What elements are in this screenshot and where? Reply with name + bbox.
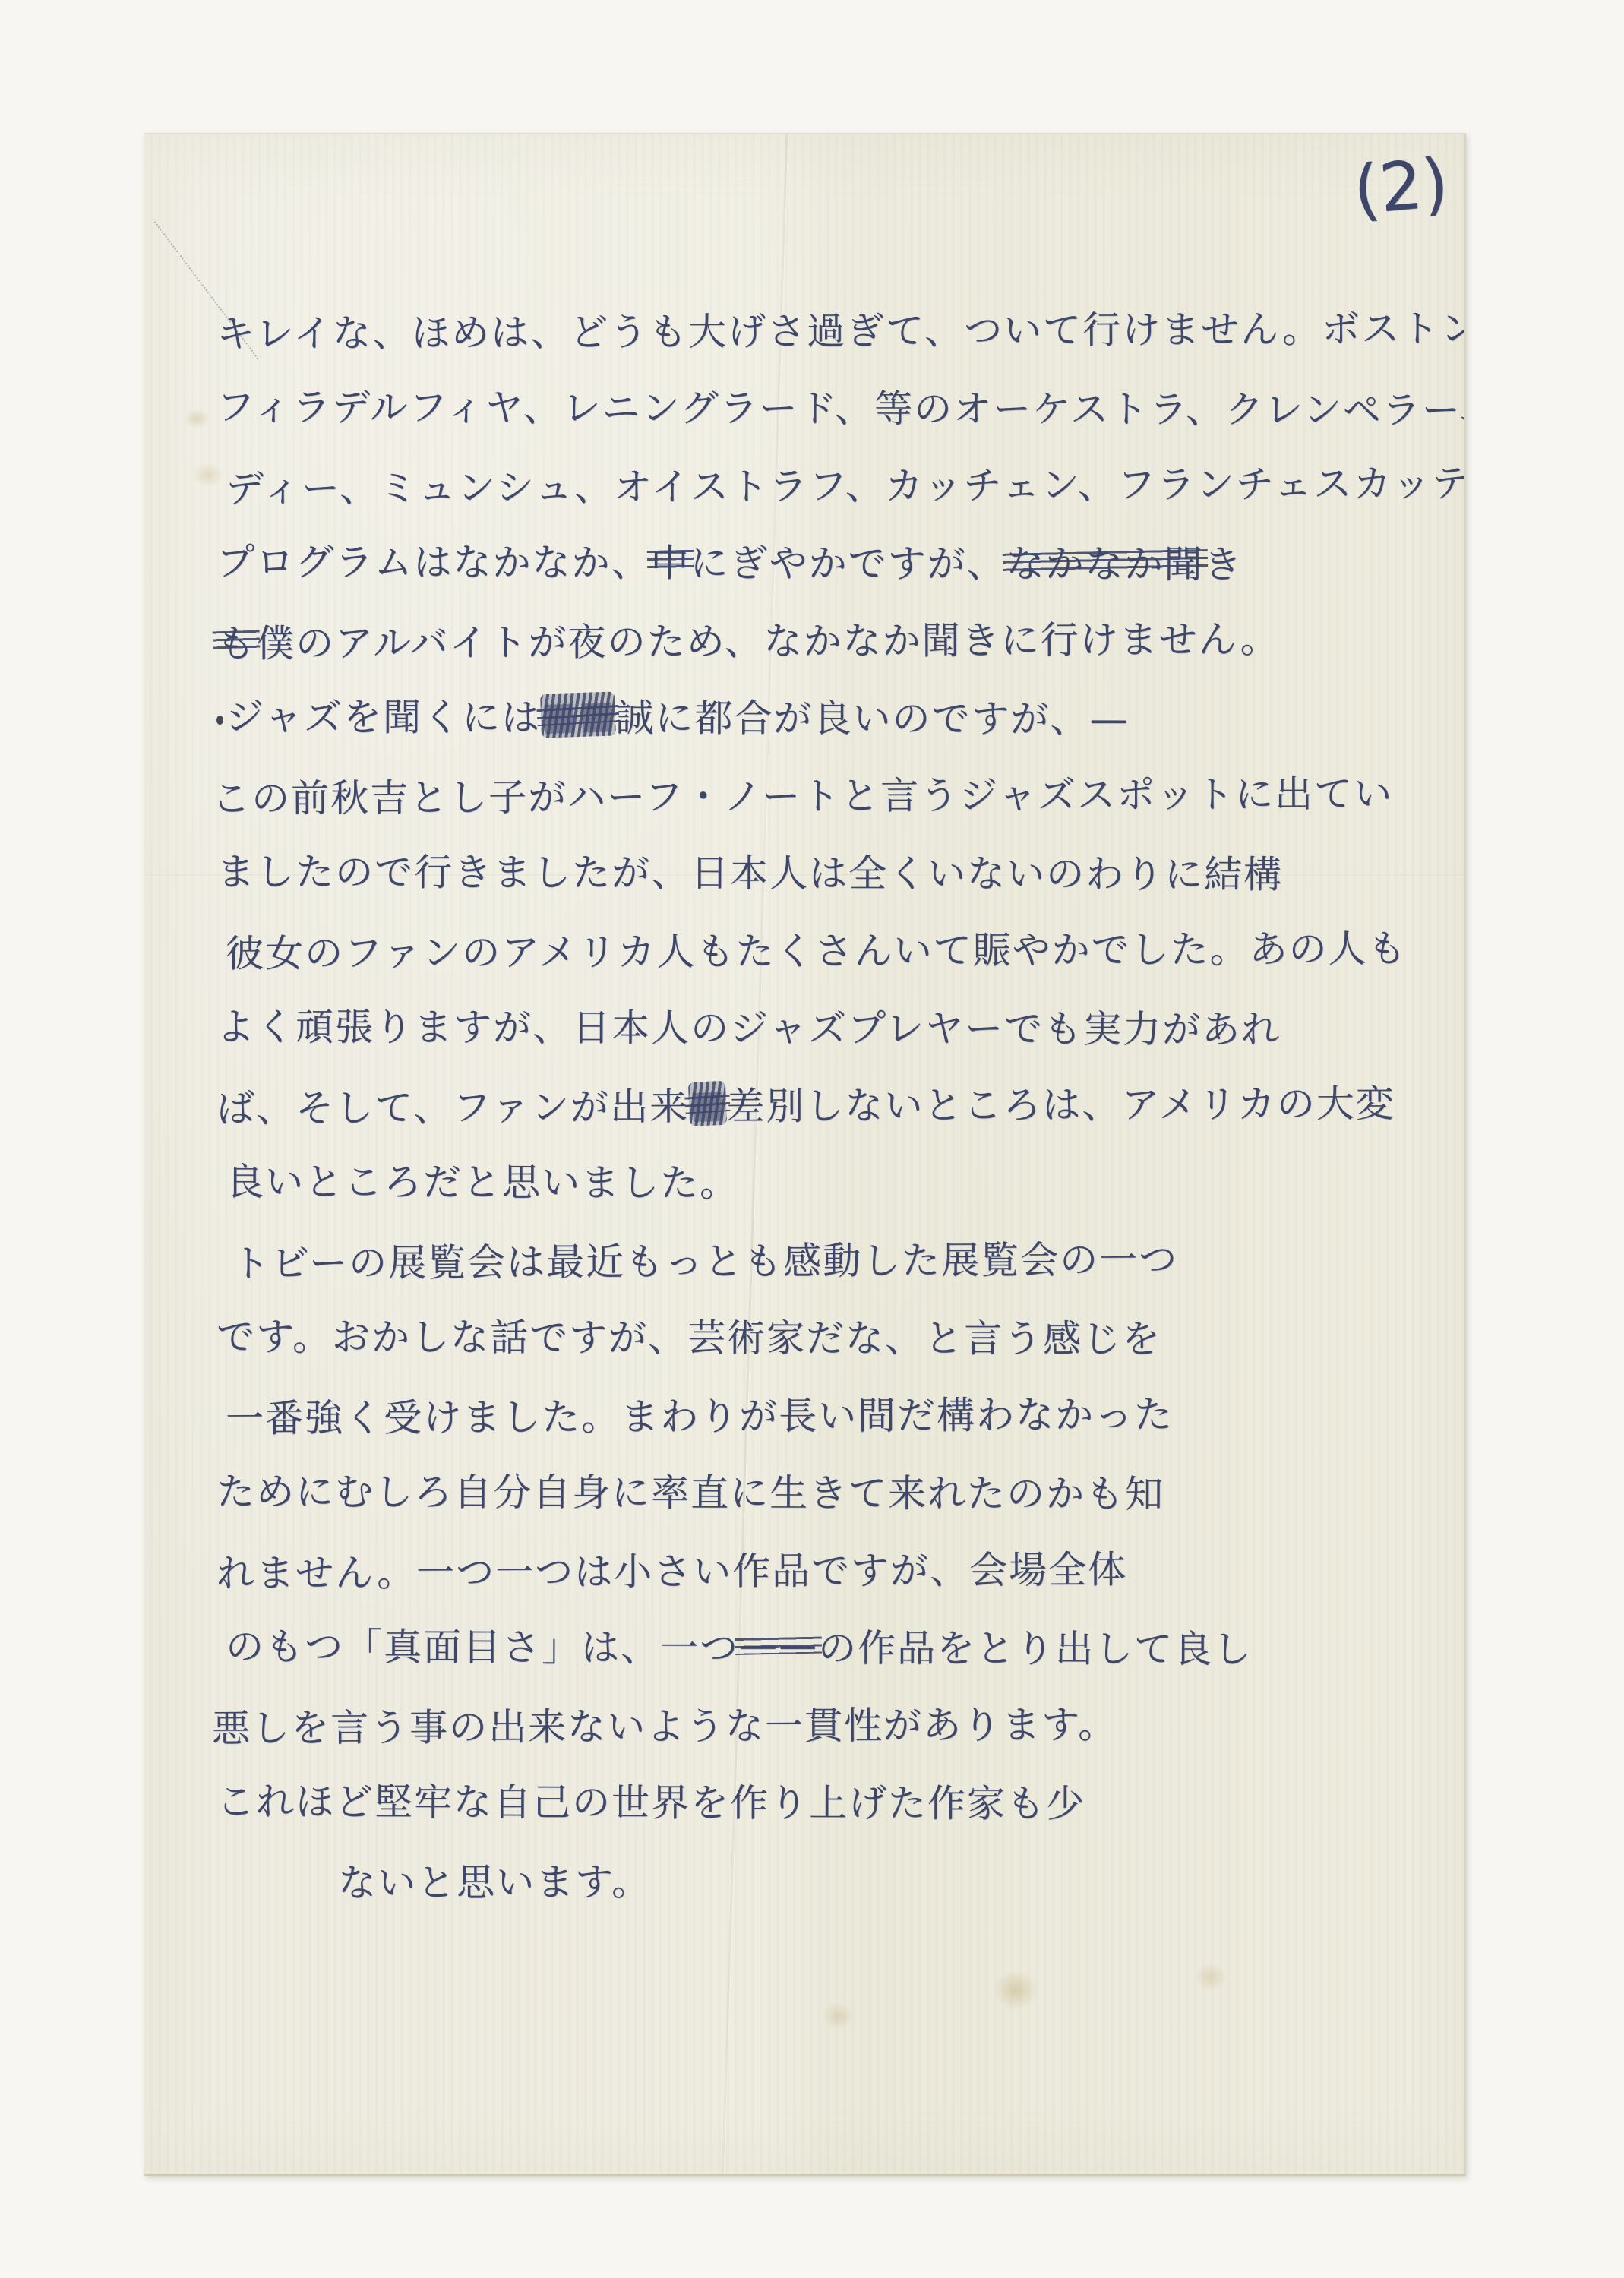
scribbled-out-text: ■ [688, 1081, 727, 1126]
handwritten-text: れません。一つ一つは小さい作品ですが、会場全体 [216, 1539, 1127, 1597]
letter-line: です。おかしな話ですが、芸術家だな、と言う感じを [216, 1295, 1466, 1376]
scribbled-out-text: ■■ [540, 691, 616, 738]
letter-line: ましたので行きましたが、日本人は全くいないのわりに結構 [216, 830, 1466, 911]
handwritten-text: のもつ「真面目さ」は、一つ [226, 1616, 739, 1673]
letter-line: トビーの展覧会は最近もっとも感動した展覧会の一つ [232, 1216, 1466, 1299]
handwritten-text: 差別しないところは、アメリカの大変 [726, 1073, 1395, 1131]
page-number: (2) [1351, 150, 1451, 225]
handwritten-text: です。おかしな話ですが、芸術家だな、と言う感じを [216, 1306, 1161, 1363]
letter-line: この前秋吉とし子がハーフ・ノートと言うジャズスポットに出てい [212, 751, 1466, 834]
handwritten-text: フィラデルフィヤ、レニングラード、等のオーケストラ、クレンペラー、オルマン [216, 377, 1466, 435]
paper-stain [994, 1970, 1038, 2010]
paper-stain [822, 2002, 854, 2030]
handwritten-text: 悪しを言う事の出来ないような一貫性があります。 [212, 1694, 1117, 1752]
letter-line: これほど堅牢な自己の世界を作り上げた作家も少 [216, 1760, 1466, 1840]
handwritten-text: にぎやかですが、 [690, 532, 1006, 588]
letter-line: ディー、ミュンシュ、オイストラフ、カッチェン、フランチェスカッティー、等と [226, 441, 1466, 524]
handwritten-text: の作品をとり出して良し [818, 1618, 1253, 1673]
handwritten-text: 僕のアルバイトが夜のため、なかなか聞きに行けません。 [256, 609, 1280, 668]
letter-line: キレイな、ほめは、どうも大げさ過ぎて、ついて行けません。ボストン [216, 286, 1466, 369]
handwritten-text: ディー、ミュンシュ、オイストラフ、カッチェン、フランチェスカッティー、等と [226, 452, 1466, 513]
scan-background: (2) キレイな、ほめは、どうも大げさ過ぎて、ついて行けません。ボストンフィラデ… [0, 0, 1624, 2278]
letter-line: ば、そして、ファンが出来■差別しないところは、アメリカの大変 [216, 1061, 1466, 1144]
letter-paper: (2) キレイな、ほめは、どうも大げさ過ぎて、ついて行けません。ボストンフィラデ… [144, 133, 1466, 2176]
struck-text: —— [739, 1623, 818, 1667]
letter-line: のもつ「真面目さ」は、一つ——の作品をとり出して良し [226, 1605, 1466, 1686]
handwritten-text: この前秋吉とし子がハーフ・ノートと言うジャズスポットに出てい [212, 763, 1393, 823]
letter-line: プログラムはなかなか、中にぎやかですが、なかなか聞き [216, 520, 1466, 601]
handwritten-text: ジャズを聞くには [226, 687, 541, 742]
letter-line: 一番強く受けました。まわりが長い間だ構わなかった [226, 1371, 1466, 1454]
letter-line: 彼女のファンのアメリカ人もたくさんいて賑やかでした。あの人も [226, 906, 1466, 989]
letter-paragraph: トビーの展覧会は最近もっとも感動した展覧会の一つです。おかしな話ですが、芸術家だ… [216, 1219, 1466, 1916]
handwritten-text: これほど堅牢な自己の世界を作り上げた作家も少 [216, 1771, 1085, 1828]
letter-line: れません。一つ一つは小さい作品ですが、会場全体 [216, 1526, 1466, 1609]
letter-body: キレイな、ほめは、どうも大げさ過ぎて、ついて行けません。ボストンフィラデルフィヤ… [216, 289, 1466, 1916]
letter-line: フィラデルフィヤ、レニングラード、等のオーケストラ、クレンペラー、オルマン [216, 365, 1466, 446]
letter-line: 悪しを言う事の出来ないような一貫性があります。 [212, 1681, 1466, 1764]
letter-line: よく頑張りますが、日本人のジャズプレヤーでも実力があれ [216, 985, 1466, 1066]
handwritten-text: キレイな、ほめは、どうも大げさ過ぎて、ついて行けません。ボストン [216, 298, 1466, 358]
letter-line: 良いところだと思いました。 [226, 1140, 1466, 1221]
handwritten-text: ましたので行きましたが、日本人は全くいないのわりに結構 [216, 842, 1283, 899]
paper-stain [184, 409, 210, 428]
handwritten-text: ないと思います。 [338, 1851, 651, 1907]
letter-line: も僕のアルバイトが夜のため、なかなか聞きに行けません。 [216, 596, 1466, 679]
handwritten-text: トビーの展覧会は最近もっとも感動した展覧会の一つ [232, 1229, 1178, 1287]
handwritten-text: よく頑張りますが、日本人のジャズプレヤーでも実力があれ [216, 997, 1281, 1054]
handwritten-text: ためにむしろ自分自身に率直に生きて来れたのかも知 [216, 1461, 1164, 1518]
handwritten-text: ば、そして、ファンが出来 [216, 1076, 689, 1133]
struck-text: も [216, 613, 256, 668]
letter-line: ないと思います。 [338, 1837, 1466, 1919]
handwritten-text: 一番強く受けました。まわりが長い間だ構わなかった [226, 1384, 1174, 1442]
handwritten-text: き [1203, 534, 1243, 589]
letter-paragraph: キレイな、ほめは、どうも大げさ過ぎて、ついて行けません。ボストンフィラデルフィヤ… [216, 289, 1466, 1219]
struck-text: なかなか聞 [1006, 534, 1203, 589]
handwritten-text: プログラムはなかなか、 [216, 532, 651, 587]
paper-stain [1194, 1963, 1227, 1992]
letter-line: ジャズを聞くには■■誠に都合が良いのですが、— [226, 675, 1466, 756]
handwritten-text: 誠に都合が良いのですが、— [615, 687, 1129, 744]
handwritten-text: 良いところだと思いました。 [226, 1152, 739, 1208]
letter-line: ためにむしろ自分自身に率直に生きて来れたのかも知 [216, 1450, 1466, 1531]
struck-text: 中 [650, 532, 690, 587]
handwritten-text: 彼女のファンのアメリカ人もたくさんいて賑やかでした。あの人も [226, 918, 1408, 978]
